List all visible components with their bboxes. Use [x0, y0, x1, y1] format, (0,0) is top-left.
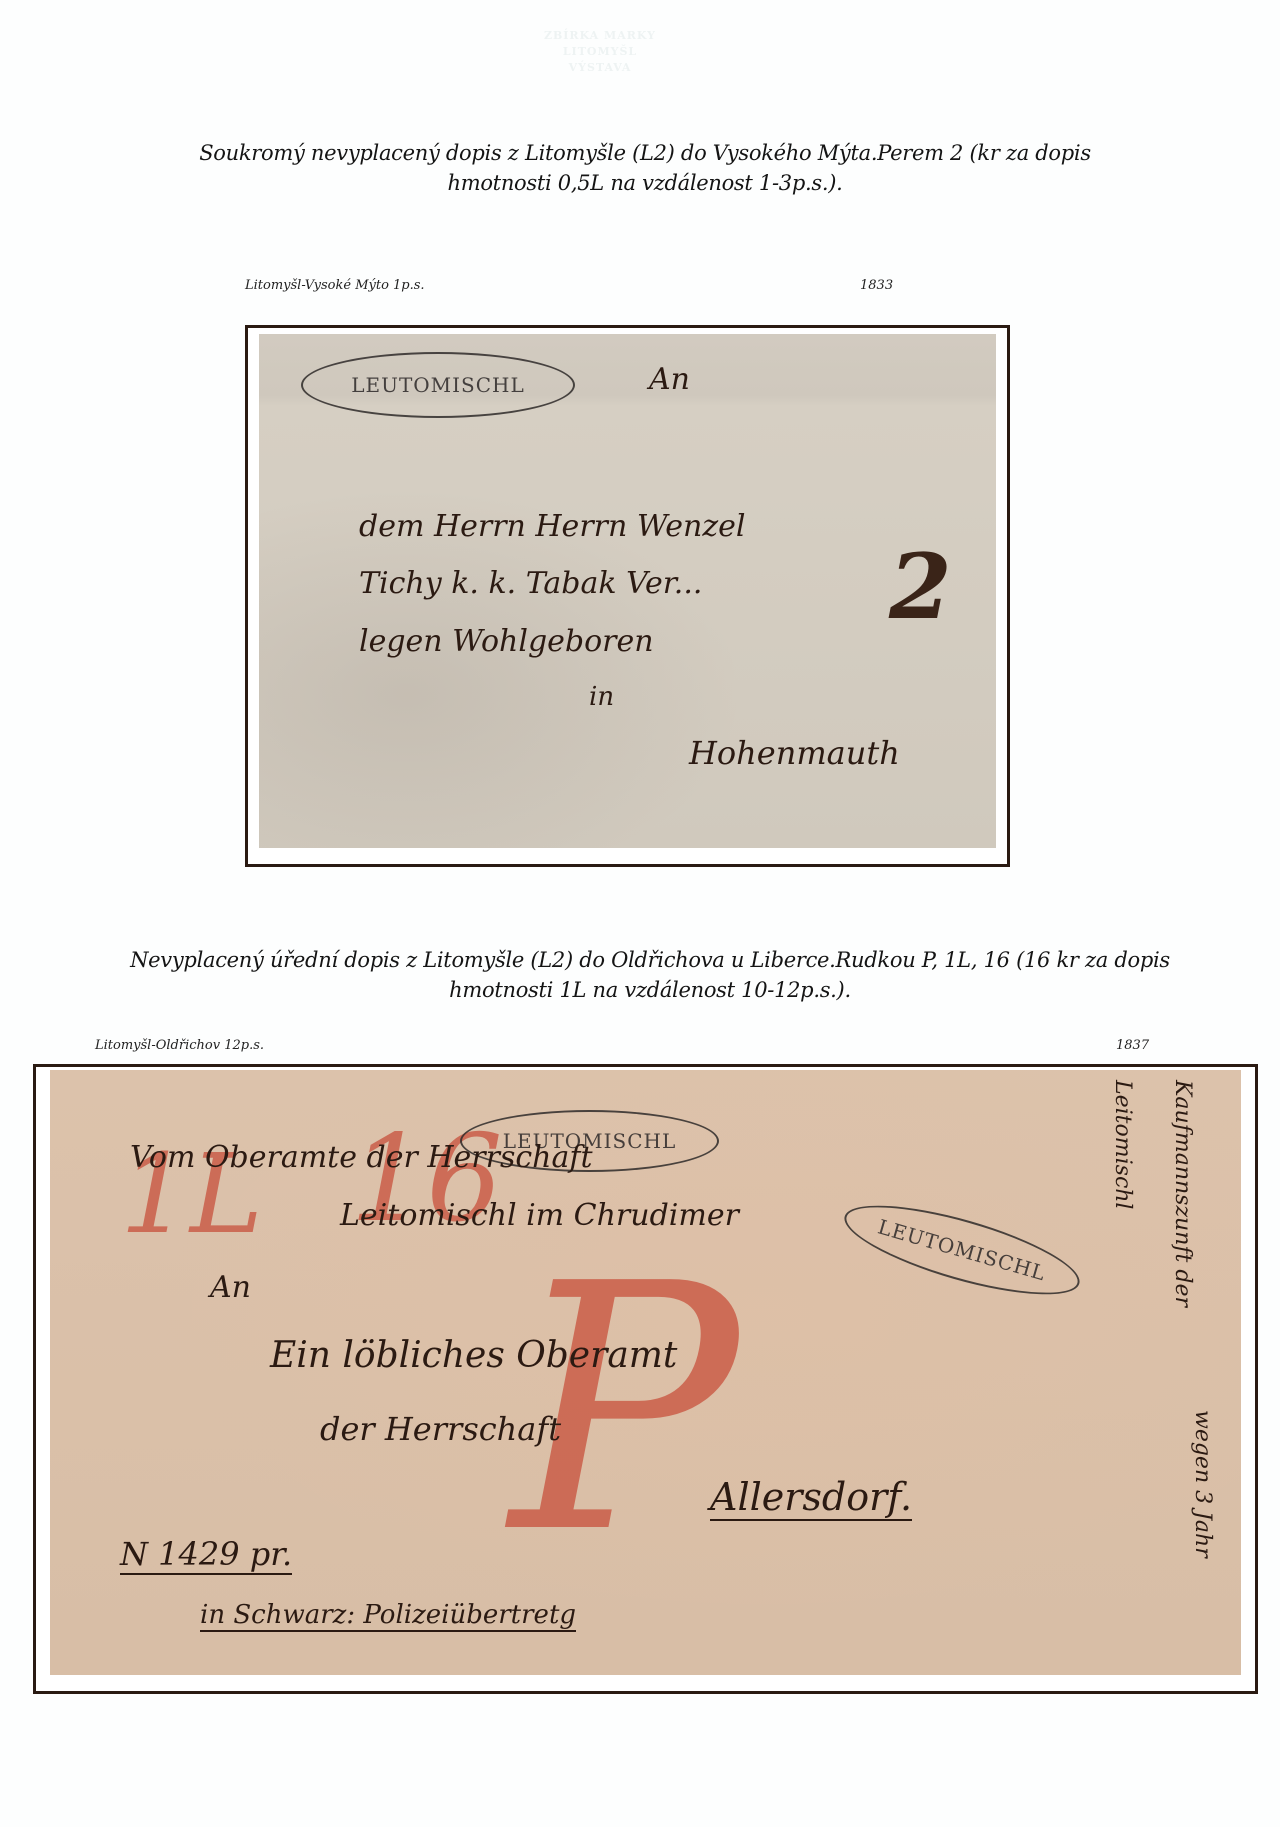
handwriting-addressee-2: der Herrschaft — [320, 1410, 561, 1448]
handwriting-an: An — [210, 1270, 251, 1305]
item-1-cover-frame: LEUTOMISCHL An dem Herrn Herrn Wenzel Ti… — [245, 325, 1010, 867]
handwriting-sender-2: Leitomischl im Chrudimer — [340, 1198, 739, 1233]
handwriting-line-1: dem Herrn Herrn Wenzel — [359, 509, 745, 544]
handwriting-line-4: in — [589, 682, 614, 712]
item-2-year: 1837 — [1116, 1038, 1149, 1053]
footnote-handwriting: in Schwarz: Polizeiübertretg — [200, 1600, 576, 1632]
handwriting-sender-1: Vom Oberamte der Herrschaft — [130, 1140, 593, 1175]
handwriting-an: An — [649, 362, 690, 397]
item-2-cover-frame: 1L 16 P LEUTOMISCHL LEUTOMISCHL Vom Ober… — [33, 1064, 1258, 1694]
handwriting-addressee-1: Ein löbliches Oberamt — [270, 1335, 677, 1376]
item-1-route-label: Litomyšl-Vysoké Mýto 1p.s. — [245, 278, 425, 293]
side-note-2: Kaufmannszunft der — [1170, 1080, 1195, 1307]
item-2-route-label: Litomyšl-Oldřichov 12p.s. — [95, 1038, 264, 1053]
handwriting-destination: Allersdorf. — [710, 1475, 912, 1521]
leutomischl-postmark: LEUTOMISCHL — [301, 352, 575, 418]
faint-header-watermark: ZBÍRKA MARKY LITOMYŠL VÝSTAVA — [470, 28, 730, 76]
handwriting-line-2: Tichy k. k. Tabak Ver... — [359, 566, 702, 601]
handwriting-line-3: legen Wohlgeboren — [359, 624, 654, 659]
leutomischl-postmark-2: LEUTOMISCHL — [836, 1188, 1087, 1313]
rate-mark-2: 2 — [889, 534, 952, 640]
handwriting-destination: Hohenmauth — [689, 734, 900, 772]
side-note-1: Leitomischl — [1110, 1080, 1135, 1209]
reference-number: N 1429 pr. — [120, 1535, 292, 1575]
side-note-3: wegen 3 Jahr — [1190, 1410, 1215, 1558]
item-2-cover-scan: 1L 16 P LEUTOMISCHL LEUTOMISCHL Vom Ober… — [50, 1070, 1241, 1675]
item-2-caption: Nevyplacený úřední dopis z Litomyšle (L2… — [100, 945, 1200, 1005]
item-1-year: 1833 — [860, 278, 893, 293]
item-1-caption: Soukromý nevyplacený dopis z Litomyšle (… — [150, 138, 1140, 198]
item-1-cover-scan: LEUTOMISCHL An dem Herrn Herrn Wenzel Ti… — [259, 334, 996, 848]
